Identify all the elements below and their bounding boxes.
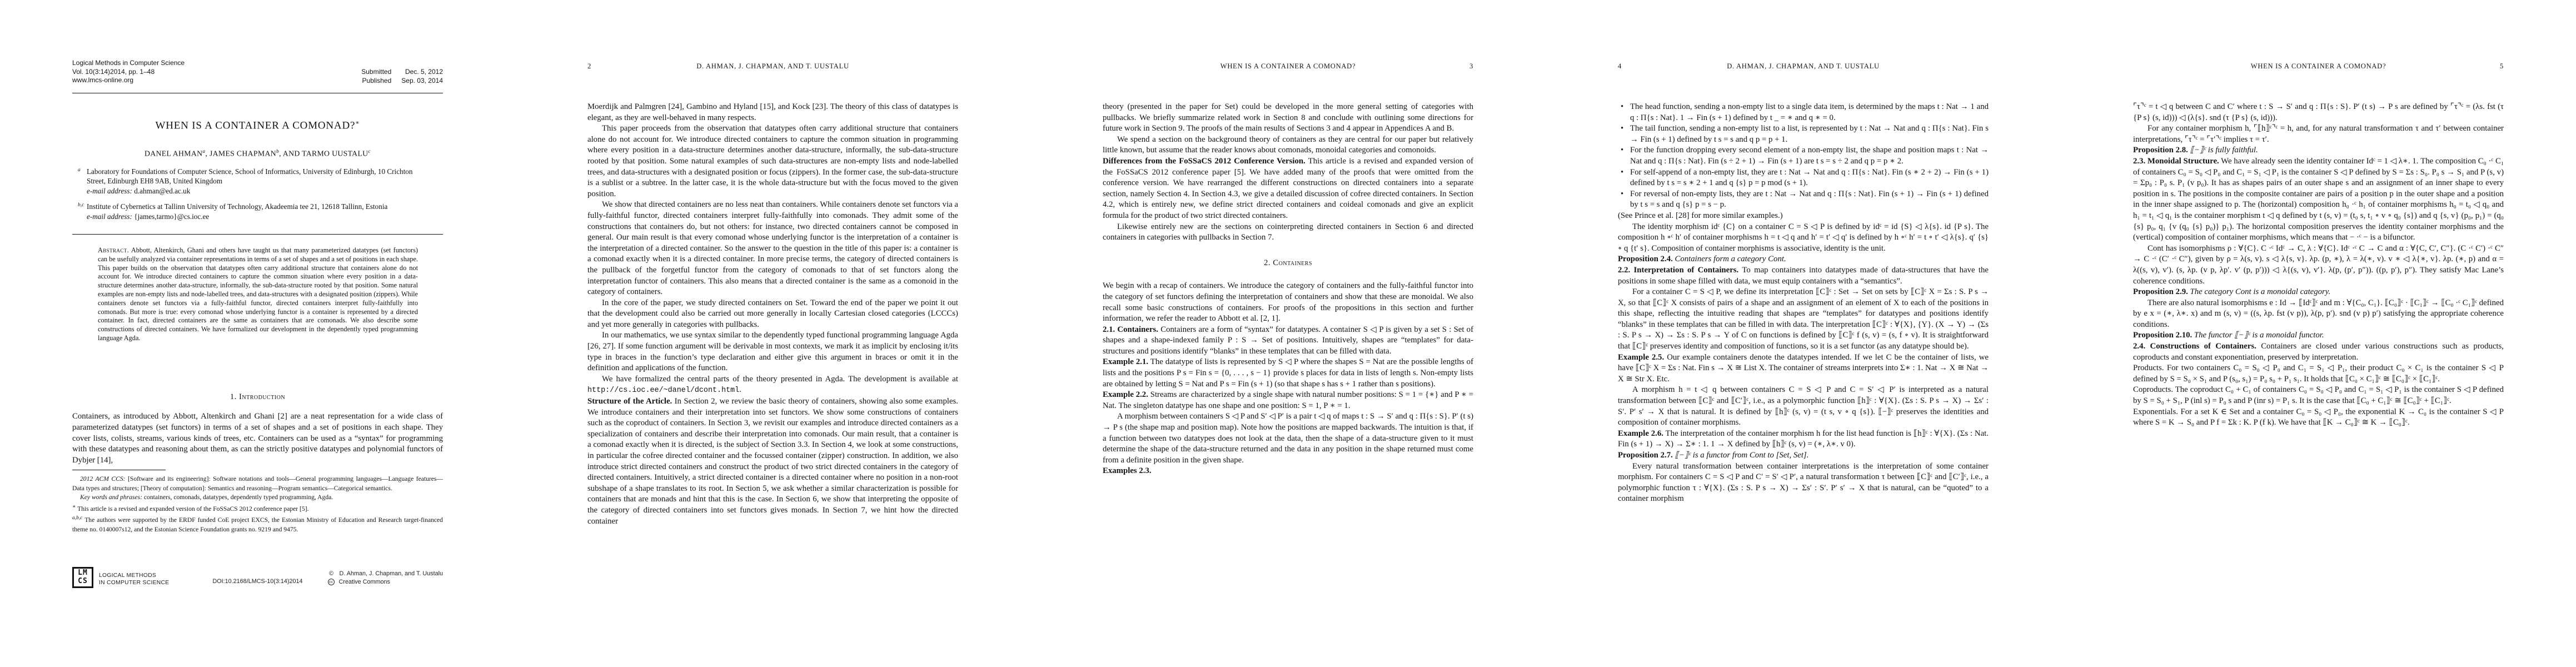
email-address: d.ahman@ed.ac.uk (134, 187, 190, 195)
products-label: Products. (2133, 364, 2164, 372)
page-body: •The head function, sending a non-empty … (1618, 102, 1989, 505)
abstract-label: Abstract. (98, 246, 129, 254)
abstract-text: Abbott, Altenkirch, Ghani and others hav… (98, 246, 418, 342)
journal-name: Logical Methods in Computer Science (72, 59, 185, 68)
acm-ccs-label: 2012 ACM CCS: (80, 475, 126, 482)
proposition-2-7-label: Proposition 2.7. (1618, 451, 1673, 460)
running-title: WHEN IS A CONTAINER A COMONAD? (2251, 62, 2386, 70)
proposition-2-9-text: The category Cont is a monoidal category… (2190, 287, 2331, 296)
example-2-5-label: Example 2.5. (1618, 353, 1664, 362)
email-address: {james,tarmo}@cs.ioc.ee (134, 212, 209, 221)
running-head: 2 D. AHMAN, J. CHAPMAN, AND T. UUSTALU (587, 62, 958, 71)
journal-url: www.lmcs-online.org (72, 76, 185, 85)
paragraph: We show that directed containers are no … (587, 200, 958, 297)
paper-title: WHEN IS A CONTAINER A COMONAD?∗ (72, 119, 443, 132)
license-block: ©D. Ahman, J. Chapman, and T. Uustalu cc… (328, 570, 443, 587)
affiliation-bc-marker: b,c (78, 201, 84, 210)
proposition-2-4-label: Proposition 2.4. (1618, 255, 1673, 263)
page-number: 2 (587, 62, 591, 71)
proposition-2-8: Proposition 2.8. ⟦−⟧ᶜ is fully faithful. (2133, 145, 2504, 156)
submitted-date: Dec. 5, 2012 (391, 68, 443, 77)
subsection-2-2: 2.2. Interpretation of Containers. To ma… (1618, 265, 1989, 287)
exponentials-label: Exponentials. (2133, 407, 2178, 416)
proposition-2-8-text: ⟦−⟧ᶜ is fully faithful. (2190, 146, 2258, 155)
affiliation-a: a Laboratory for Foundations of Computer… (87, 167, 431, 196)
page-footer: LM CS LOGICAL METHODS IN COMPUTER SCIENC… (72, 566, 443, 595)
proposition-2-9-label: Proposition 2.9. (2133, 287, 2188, 296)
journal-volume: Vol. 10(3:14)2014, pp. 1–48 (72, 68, 185, 77)
see-prince-note: (See Prince et al. [28] for more similar… (1618, 211, 1989, 222)
subsection-2-3-text: We have already seen the identity contai… (2133, 157, 2504, 242)
footnote-star: ∗ This article is a revised and expanded… (72, 502, 443, 514)
title-block-rule (72, 234, 443, 235)
example-2-6-text: The interpretation of the container morp… (1618, 429, 1989, 449)
footnote-acm-ccs: 2012 ACM CCS: [Software and its engineer… (72, 475, 443, 493)
bullet-text: For the function dropping every second e… (1630, 146, 1989, 166)
lmcs-logo: LM CS (72, 567, 93, 588)
examples-2-3-label: Examples 2.3. (1103, 466, 1152, 475)
paragraph: For any container morphism h, ⌜⟦h⟧ᶜ⌝ᶜ = … (2133, 123, 2504, 145)
subsection-2-1-text: Containers are a form of “syntax” for da… (1103, 325, 1473, 356)
paragraph: In our mathematics, we use syntax simila… (587, 330, 958, 374)
example-2-2-label: Example 2.2. (1103, 390, 1148, 399)
paragraph: A morphism h = t ◁ q between containers … (1618, 385, 1989, 428)
section-2-heading: 2. Containers (1103, 258, 1473, 269)
differences-label: Differences from the FoSSaCS 2012 Confer… (1103, 157, 1306, 166)
paragraph: This paper proceeds from the observation… (587, 123, 958, 200)
example-2-1-text: The datatype of lists is represented by … (1103, 357, 1473, 388)
page-1: Logical Methods in Computer Science Vol.… (0, 0, 515, 667)
abstract: Abstract. Abbott, Altenkirch, Ghani and … (98, 246, 418, 343)
example-2-2-text: Streams are characterized by a single sh… (1103, 390, 1473, 410)
products-paragraph: Products. For two containers C₀ = S₀ ◁ P… (2133, 363, 2504, 385)
paragraph: Likewise entirely new are the sections o… (1103, 222, 1473, 243)
affiliation-a-address: Laboratory for Foundations of Computer S… (87, 167, 431, 186)
bullet-item: •For the function dropping every second … (1618, 145, 1989, 167)
proposition-2-7: Proposition 2.7. ⟦−⟧ᶜ is a functor from … (1618, 450, 1989, 461)
running-title: D. AHMAN, J. CHAPMAN, AND T. UUSTALU (1727, 62, 1880, 70)
author-3: TARMO UUSTALU (302, 150, 368, 158)
page-body: ⌜τ⌝ᶜ = t ◁ q between C and C′ where t : … (2133, 102, 2504, 429)
paragraph: theory (presented in the paper for Set) … (1103, 102, 1473, 135)
star-text: This article is a revised and expanded v… (77, 505, 308, 512)
example-2-2: Example 2.2. Streams are characterized b… (1103, 390, 1473, 411)
page-number: 5 (2500, 62, 2504, 71)
differences-text: This article is a revised and expanded v… (1103, 157, 1473, 220)
email-label: e-mail address: (87, 212, 132, 221)
example-2-6: Example 2.6. The interpretation of the c… (1618, 429, 1989, 450)
bullet-item: •For reversal of non-empty lists, they a… (1618, 189, 1989, 211)
introduction-paragraph: Containers, as introduced by Abbott, Alt… (72, 411, 443, 466)
license-name: Creative Commons (339, 579, 390, 585)
journal-info: Logical Methods in Computer Science Vol.… (72, 59, 185, 85)
footnote-grants: a,b,c The authors were supported by the … (72, 514, 443, 534)
pdf-five-page-spread: Logical Methods in Computer Science Vol.… (0, 0, 2576, 667)
author-separator: , AND (279, 150, 302, 158)
examples-2-3: Examples 2.3. (1103, 466, 1473, 477)
page-3: WHEN IS A CONTAINER A COMONAD? 3 theory … (1030, 0, 1546, 667)
author-line: DANEL AHMANa, JAMES CHAPMANb, AND TARMO … (72, 149, 443, 158)
example-2-5: Example 2.5. Our example containers deno… (1618, 352, 1989, 385)
affiliation-bc: b,c Institute of Cybernetics at Tallinn … (87, 202, 431, 221)
proposition-2-4: Proposition 2.4. Containers form a categ… (1618, 254, 1989, 265)
bullet-text: For reversal of non-empty lists, they ar… (1630, 190, 1989, 210)
running-title: D. AHMAN, J. CHAPMAN, AND T. UUSTALU (696, 62, 849, 70)
structure-of-article: Structure of the Article. In Section 2, … (587, 396, 958, 527)
page-number: 4 (1618, 62, 1622, 71)
star-marker: ∗ (72, 504, 76, 510)
submission-dates: Submitted Dec. 5, 2012 Published Sep. 03… (351, 68, 443, 85)
structure-text: In Section 2, we review the basic theory… (587, 397, 958, 526)
running-head: WHEN IS A CONTAINER A COMONAD? 5 (2133, 62, 2504, 71)
paragraph: The identity morphism idᶜ {C} on a conta… (1618, 222, 1989, 255)
grants-text: The authors were supported by the ERDF f… (72, 516, 443, 533)
grants-marker: a,b,c (72, 515, 82, 521)
proposition-2-9: Proposition 2.9. The category Cont is a … (2133, 287, 2504, 298)
page-4: 4 D. AHMAN, J. CHAPMAN, AND T. UUSTALU •… (1546, 0, 2061, 667)
paragraph: We spend a section on the background the… (1103, 135, 1473, 156)
products-text: For two containers C₀ = S₀ ◁ P₀ and C₁ =… (2133, 364, 2504, 384)
subsection-2-1: 2.1. Containers. Containers are a form o… (1103, 325, 1473, 357)
paragraph: There are also natural isomorphisms e : … (2133, 298, 2504, 331)
paragraph: We begin with a recap of containers. We … (1103, 281, 1473, 324)
license-line: ccCreative Commons (328, 579, 443, 585)
affiliations: a Laboratory for Foundations of Computer… (87, 167, 431, 227)
paragraph: A morphism between containers S ◁ P and … (1103, 411, 1473, 466)
footnote-keywords: Key words and phrases: containers, comon… (72, 493, 443, 502)
paragraph: Moerdijk and Palmgren [24], Gambino and … (587, 102, 958, 123)
page-body: theory (presented in the paper for Set) … (1103, 102, 1473, 477)
footnote-rule (72, 470, 166, 470)
proposition-2-10-label: Proposition 2.10. (2133, 331, 2192, 340)
proposition-2-10: Proposition 2.10. The functor ⟦−⟧ᶜ is a … (2133, 330, 2504, 341)
proposition-2-7-text: ⟦−⟧ᶜ is a functor from Cont to [Set, Set… (1675, 451, 1809, 460)
email-label: e-mail address: (87, 187, 132, 195)
coproducts-text: The coproduct C₀ + C₁ of containers C₀ =… (2133, 385, 2504, 405)
header-rule (72, 93, 443, 93)
copyright-line: ©D. Ahman, J. Chapman, and T. Uustalu (328, 570, 443, 577)
proposition-2-10-text: The functor ⟦−⟧ᶜ is a monoidal functor. (2194, 331, 2324, 340)
bullet-icon: • (1621, 145, 1623, 156)
example-2-5-text: Our example containers denote the dataty… (1618, 353, 1989, 384)
exponentials-text: For a set K ∈ Set and a container C₀ = S… (2133, 407, 2504, 427)
published-label: Published (351, 77, 391, 86)
coproducts-label: Coproducts. (2133, 385, 2173, 394)
example-2-6-label: Example 2.6. (1618, 429, 1663, 438)
coproducts-paragraph: Coproducts. The coproduct C₀ + C₁ of con… (2133, 385, 2504, 406)
subsection-2-3: 2.3. Monoidal Structure. We have already… (2133, 156, 2504, 243)
affiliation-a-email-line: e-mail address: d.ahman@ed.ac.uk (87, 186, 431, 196)
bullet-item: •The tail function, sending a non-empty … (1618, 123, 1989, 145)
bullet-text: For self-append of a non-empty list, the… (1630, 168, 1989, 188)
author-3-affiliation-marker: c (368, 149, 371, 155)
affiliation-a-marker: a (78, 166, 81, 175)
bullet-item: •The head function, sending a non-empty … (1618, 102, 1989, 123)
paragraph: We have formalized the central parts of … (587, 374, 958, 396)
structure-label: Structure of the Article. (587, 397, 672, 406)
affiliation-bc-email-line: e-mail address: {james,tarmo}@cs.ioc.ee (87, 212, 431, 221)
section-1-heading: 1. Introduction (72, 392, 443, 402)
creative-commons-icon: cc (328, 579, 335, 585)
running-title: WHEN IS A CONTAINER A COMONAD? (1220, 62, 1356, 70)
paragraph: ⌜τ⌝ᶜ = t ◁ q between C and C′ where t : … (2133, 102, 2504, 123)
paragraph: Every natural transformation between con… (1618, 461, 1989, 505)
published-date: Sep. 03, 2014 (391, 77, 443, 86)
page-5: WHEN IS A CONTAINER A COMONAD? 5 ⌜τ⌝ᶜ = … (2061, 0, 2576, 667)
page-body: Moerdijk and Palmgren [24], Gambino and … (587, 102, 958, 527)
title-footnote-marker: ∗ (355, 120, 360, 126)
agda-development-link[interactable]: http://cs.ioc.ee/~danel/dcont.html (587, 386, 739, 395)
example-2-1-label: Example 2.1. (1103, 357, 1148, 366)
subsection-2-1-label: 2.1. Containers. (1103, 325, 1158, 334)
copyright-icon: © (328, 570, 335, 577)
bullet-item: •For self-append of a non-empty list, th… (1618, 167, 1989, 189)
bullet-text: The tail function, sending a non-empty l… (1630, 124, 1989, 144)
exponentials-paragraph: Exponentials. For a set K ∈ Set and a co… (2133, 407, 2504, 429)
page-number: 3 (1469, 62, 1473, 71)
keywords-label: Key words and phrases: (80, 494, 142, 501)
proposition-2-8-label: Proposition 2.8. (2133, 146, 2188, 155)
author-1: DANEL AHMAN (145, 150, 202, 158)
paragraph: In the core of the paper, we study direc… (587, 298, 958, 331)
bullet-icon: • (1621, 123, 1623, 135)
footnotes: 2012 ACM CCS: [Software and its engineer… (72, 475, 443, 534)
subsection-2-3-label: 2.3. Monoidal Structure. (2133, 157, 2219, 166)
bullet-text: The head function, sending a non-empty l… (1630, 102, 1989, 122)
affiliation-bc-address: Institute of Cybernetics at Tallinn Univ… (87, 202, 431, 211)
bullet-icon: • (1621, 167, 1623, 178)
bullet-icon: • (1621, 102, 1623, 113)
proposition-2-4-text: Containers form a category Cont. (1675, 255, 1786, 263)
keywords-text: containers, comonads, datatypes, depende… (144, 494, 333, 501)
running-head: WHEN IS A CONTAINER A COMONAD? 3 (1103, 62, 1473, 71)
author-2: JAMES CHAPMAN (210, 150, 276, 158)
paragraph: For a container C = S ◁ P, we define its… (1618, 287, 1989, 352)
paper-title-text: WHEN IS A CONTAINER A COMONAD? (155, 120, 355, 131)
copyright-holders: D. Ahman, J. Chapman, and T. Uustalu (340, 570, 443, 577)
lmcs-logo-top: LM (74, 569, 92, 577)
subsection-2-4: 2.4. Constructions of Containers. Contai… (2133, 341, 2504, 363)
submitted-label: Submitted (351, 68, 391, 77)
paragraph: Cont has isomorphisms ρ : ∀{C}. C ·ᶜ Idᶜ… (2133, 243, 2504, 287)
paragraph-text: . (739, 385, 741, 394)
bullet-icon: • (1621, 189, 1623, 200)
paragraph-text: We have formalized the central parts of … (602, 375, 958, 384)
acm-ccs-text: [Software and its engineering]: Software… (72, 475, 443, 492)
subsection-2-4-label: 2.4. Constructions of Containers. (2133, 342, 2256, 351)
page-2: 2 D. AHMAN, J. CHAPMAN, AND T. UUSTALU M… (515, 0, 1030, 667)
running-head: 4 D. AHMAN, J. CHAPMAN, AND T. UUSTALU (1618, 62, 1989, 71)
author-separator: , (205, 150, 210, 158)
differences-paragraph: Differences from the FoSSaCS 2012 Confer… (1103, 156, 1473, 222)
example-2-1: Example 2.1. The datatype of lists is re… (1103, 357, 1473, 390)
subsection-2-2-label: 2.2. Interpretation of Containers. (1618, 266, 1738, 275)
